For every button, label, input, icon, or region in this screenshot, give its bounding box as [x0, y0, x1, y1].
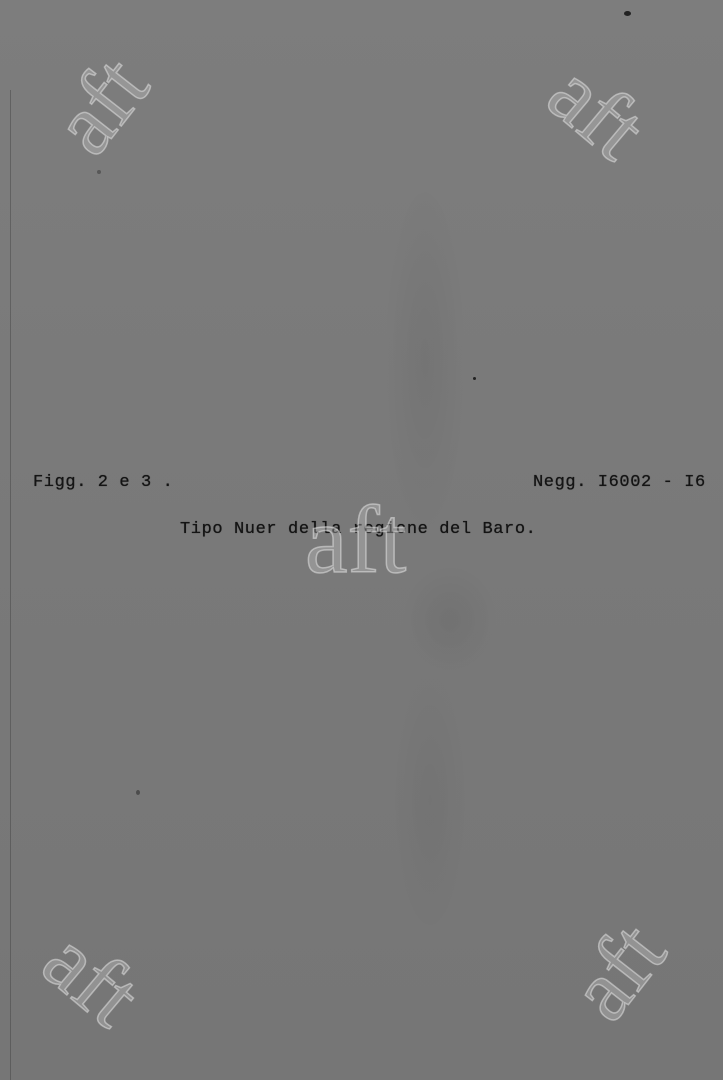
watermark-bottom-left: aft	[28, 915, 156, 1042]
watermark-center: aft	[305, 492, 406, 588]
watermark-top-right: aft	[533, 48, 661, 175]
scanned-page: aft aft aft aft Figg. 2 e 3 . Negg. I600…	[0, 0, 723, 1080]
dust-speck	[624, 11, 631, 16]
figure-label: Figg. 2 e 3 .	[33, 473, 173, 492]
watermark-bottom-right: aft	[555, 908, 681, 1035]
watermark-top-left: aft	[38, 42, 164, 169]
paper-edge-line	[10, 90, 11, 1080]
dust-speck	[97, 170, 101, 174]
dust-speck	[136, 790, 140, 795]
negative-number-label: Negg. I6002 - I6	[533, 473, 706, 492]
dust-speck	[473, 377, 476, 380]
